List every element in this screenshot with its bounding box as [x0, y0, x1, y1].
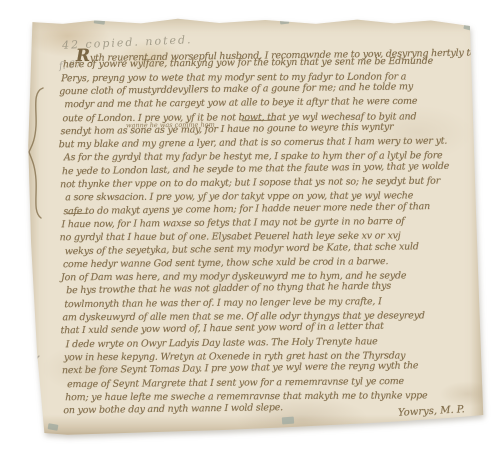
manuscript-line: but my blake and my grene a lyer, and th… — [59, 136, 448, 151]
manuscript-line: Jon of Dam was here, and my modyr dyskeu… — [61, 271, 406, 284]
manuscript-line: yow in hese kepyng. Wretyn at Oxenede in… — [64, 350, 406, 363]
manuscript-line: that I xuld sende yow word of, I haue se… — [60, 321, 383, 337]
manuscript-line: sendyt hom as sone as ye may, for I haue… — [61, 121, 394, 137]
tape-remnant-icon — [463, 22, 474, 31]
manuscript-line: towlmonyth than he was ther of. I may no… — [64, 296, 381, 310]
pencil-annotation: 42 copied. noted. — [62, 33, 193, 52]
manuscript-line: wekys of the seyetyka, but sche sent my … — [65, 241, 419, 257]
manuscript-line: oute of London. I pre yow, yf it be not … — [62, 111, 416, 124]
manuscript-line: modyr and me that he cargeyt yow at alle… — [64, 96, 417, 110]
manuscript-line: I dede wryte on Owyr Ladyis Day laste wa… — [66, 336, 378, 350]
manuscript-line: hom; ye haue lefte me sweche a rememravn… — [65, 390, 427, 403]
manuscript-line: no gyrdyl that I haue but of one. Elysab… — [60, 231, 401, 244]
paper-shadow-wrap: 42 copied. noted. f. 67. Ryth reuerent a… — [0, 0, 500, 459]
tape-remnant-icon — [282, 417, 294, 425]
signature: Yowrys, M. P. — [398, 404, 465, 418]
manuscript-line: come hedyr wanne God sent tyme, thow sch… — [63, 256, 388, 270]
margin-brace-icon — [26, 85, 48, 221]
scanned-manuscript-image: 42 copied. noted. f. 67. Ryth reuerent a… — [0, 0, 500, 459]
tape-remnant-icon — [94, 17, 106, 24]
manuscript-line: As for the gyrdyl that my fadyr be hesty… — [64, 151, 443, 164]
manuscript-line: safe to do makyt ayens ye come hom; for … — [63, 201, 430, 217]
manuscript-line: on yow bothe day and nyth wanne I wold s… — [63, 402, 283, 416]
tape-remnant-icon — [280, 19, 289, 25]
tape-remnant-icon — [48, 423, 59, 431]
manuscript-line: here of yowre wylfare, thankyng yow for … — [63, 56, 433, 71]
manuscript-line: goune cloth of mustyrddevyllers to make … — [59, 81, 413, 97]
manuscript-line: Ryth reuerent and worsepful husbond, I r… — [76, 41, 476, 67]
manuscript-line: he yede to London last, and he seyde to … — [62, 161, 449, 177]
interline-insertion: wanne he was comme hom — [126, 121, 215, 130]
manuscript-line: not thynke ther vppe on to do makyt; but… — [60, 176, 440, 191]
manuscript-line: I haue now, for I ham waxse so fetys tha… — [61, 216, 404, 230]
manuscript-line: a sore skwsacion. I pre yow, yf ye dor t… — [65, 191, 413, 204]
ink-strikethrough-mark — [242, 120, 276, 122]
manuscript-line: Perys, preyng yow to wete that my modyr … — [61, 71, 406, 84]
margin-pencil-squiggle-icon — [28, 355, 46, 417]
manuscript-line: next be fore Seynt Tomas Day. I pre yow … — [62, 360, 419, 376]
ink-strikethrough-mark — [67, 213, 87, 215]
folio-number-mark: f. 67. — [59, 59, 85, 72]
manuscript-line: am dyskeuwyrd of alle men that se me. Of… — [62, 310, 424, 323]
letter-text-block: Ryth reuerent and worsepful husbond, I r… — [26, 11, 490, 436]
manuscript-line: emage of Seynt Margrete that I sent yow … — [67, 375, 404, 389]
manuscript-line: be hys trowthe that he was not gladder o… — [66, 281, 391, 297]
manuscript-paper: 42 copied. noted. f. 67. Ryth reuerent a… — [26, 15, 486, 436]
